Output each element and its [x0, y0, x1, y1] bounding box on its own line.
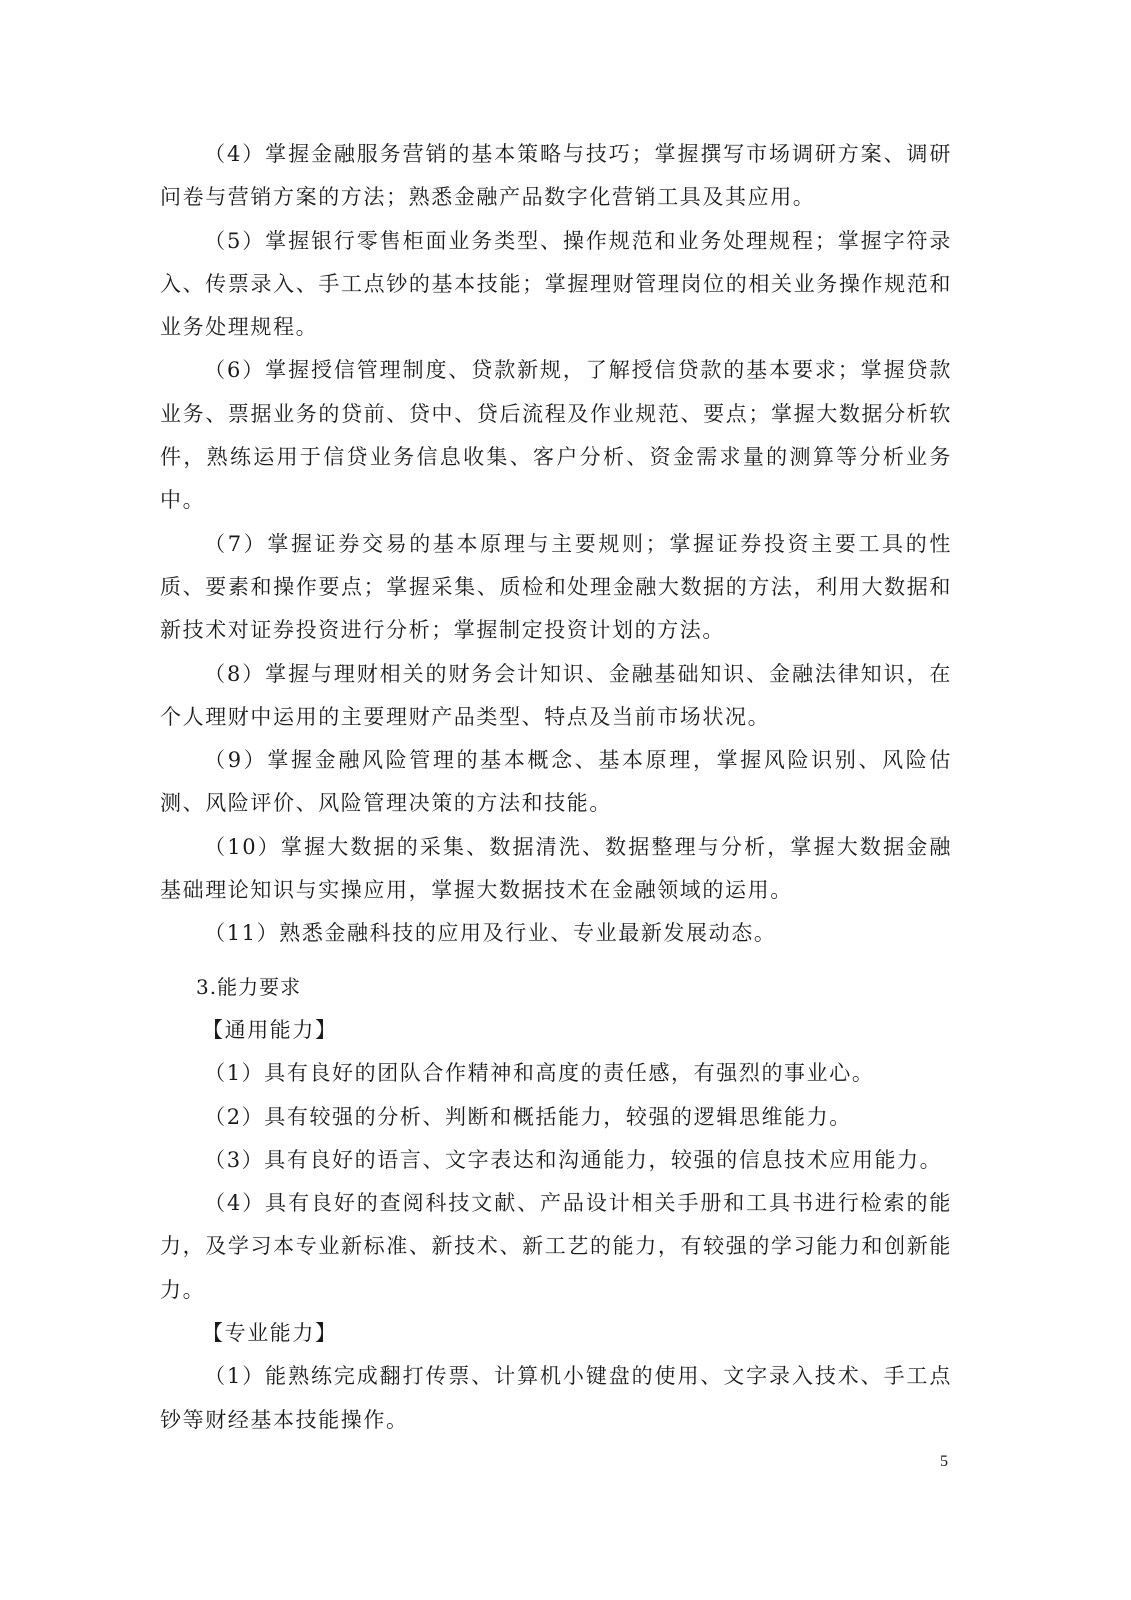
document-page: （4）掌握金融服务营销的基本策略与技巧；掌握撰写市场调研方案、调研问卷与营销方案… [160, 133, 952, 1442]
knowledge-item-8: （8）掌握与理财相关的财务会计知识、金融基础知识、金融法律知识，在个人理财中运用… [160, 653, 952, 740]
professional-ability-title: 【专业能力】 [160, 1312, 952, 1355]
section-heading: 3.能力要求 [160, 966, 952, 1009]
knowledge-item-10: （10）掌握大数据的采集、数据清洗、数据整理与分析，掌握大数据金融基础理论知识与… [160, 826, 952, 913]
general-ability-item-1: （1）具有良好的团队合作精神和高度的责任感，有强烈的事业心。 [160, 1052, 952, 1095]
general-ability-item-3: （3）具有良好的语言、文字表达和沟通能力，较强的信息技术应用能力。 [160, 1139, 952, 1182]
page-number: 5 [940, 1453, 948, 1471]
knowledge-item-7: （7）掌握证券交易的基本原理与主要规则；掌握证券投资主要工具的性质、要素和操作要… [160, 523, 952, 653]
knowledge-item-6: （6）掌握授信管理制度、贷款新规，了解授信贷款的基本要求；掌握贷款业务、票据业务… [160, 349, 952, 522]
general-ability-title: 【通用能力】 [160, 1009, 952, 1052]
professional-ability-item-1: （1）能熟练完成翻打传票、计算机小键盘的使用、文字录入技术、手工点钞等财经基本技… [160, 1355, 952, 1442]
knowledge-item-5: （5）掌握银行零售柜面业务类型、操作规范和业务处理规程；掌握字符录入、传票录入、… [160, 220, 952, 350]
general-ability-item-2: （2）具有较强的分析、判断和概括能力，较强的逻辑思维能力。 [160, 1096, 952, 1139]
general-ability-item-4: （4）具有良好的查阅科技文献、产品设计相关手册和工具书进行检索的能力，及学习本专… [160, 1182, 952, 1312]
knowledge-item-9: （9）掌握金融风险管理的基本概念、基本原理，掌握风险识别、风险估测、风险评价、风… [160, 739, 952, 826]
knowledge-item-11: （11）熟悉金融科技的应用及行业、专业最新发展动态。 [160, 912, 952, 955]
knowledge-item-4: （4）掌握金融服务营销的基本策略与技巧；掌握撰写市场调研方案、调研问卷与营销方案… [160, 133, 952, 220]
